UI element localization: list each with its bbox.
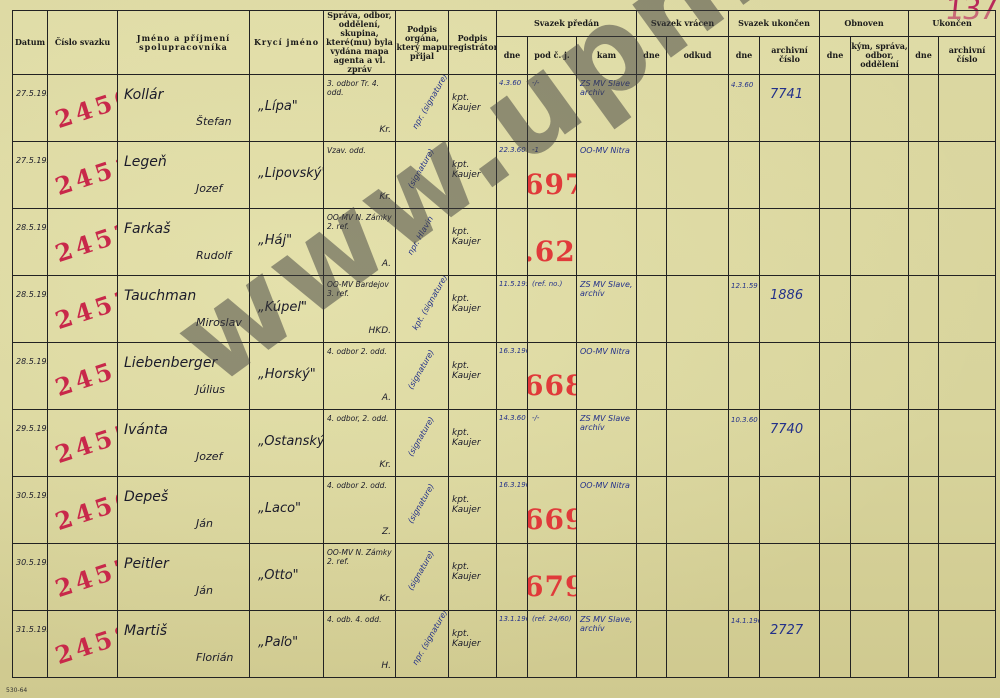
surname: Peitler <box>124 556 169 572</box>
cell-predan-kam <box>577 209 637 276</box>
cell-obnoven-kym <box>851 544 909 611</box>
cell-kryci-jmeno: „Ostanský" <box>250 410 324 477</box>
header-podpis-registratora: Podpis registrátora <box>449 11 497 75</box>
cell-kryci-jmeno: „Lípa" <box>250 75 324 142</box>
cell-obnoven-kym <box>851 142 909 209</box>
cell-vracen-odkud <box>667 611 729 678</box>
cell-jmeno: Tauchman Miroslav <box>118 276 250 343</box>
cell-ukoncen-dne <box>729 477 760 544</box>
archive-number: 1886 <box>770 288 803 303</box>
header-cislo-svazku: Číslo svazku <box>48 11 118 75</box>
handed-ref: -/- <box>532 79 539 87</box>
first-name: Ján <box>196 584 213 597</box>
department-initials: A. <box>382 259 391 269</box>
handed-to: ZS MV Slave, archív <box>580 615 636 633</box>
volume-number: 2455 <box>52 416 118 469</box>
department-initials: A. <box>382 393 391 403</box>
registrar-signature: kpt. Kaujer <box>452 294 496 314</box>
header-sprava: Správa, odbor, oddělení, skupina, které(… <box>324 11 396 75</box>
cell-predan-kam: OO-MV Nitra <box>577 343 637 410</box>
first-name: Ján <box>196 517 213 530</box>
header-ukoncen-archivni: archivní číslo <box>760 36 820 74</box>
cell-podpis-registratora: kpt. Kaujer <box>449 75 497 142</box>
handed-date: 4.3.60 <box>499 79 528 87</box>
cell-podpis-organu: (signature) <box>396 343 449 410</box>
cell-obnoven-dne <box>820 276 851 343</box>
organ-signature: (signature) <box>406 549 436 592</box>
department-initials: H. <box>381 661 391 671</box>
volume-number: 2458 <box>52 617 118 670</box>
header-predan-dne: dne <box>497 36 528 74</box>
cell-ukoncen-archivni <box>760 142 820 209</box>
handed-ref: (ref. no.) <box>532 280 562 288</box>
volume-number: 2450 <box>52 81 118 134</box>
cell-ukoncen2-dne <box>909 75 939 142</box>
cell-vracen-dne <box>637 343 667 410</box>
handed-date: 16.3.1960 <box>499 347 528 355</box>
cell-predan-dne: 16.3.1960 <box>497 477 528 544</box>
registry-ledger-table: Datum Číslo svazku Jméno a příjmení spol… <box>12 10 996 678</box>
cell-kryci-jmeno: „Otto" <box>250 544 324 611</box>
cell-vracen-dne <box>637 477 667 544</box>
date-text: 30.5.1957 <box>16 558 48 567</box>
cell-kryci-jmeno: „Háj" <box>250 209 324 276</box>
first-name: Jozef <box>196 182 222 195</box>
cell-sprava: OO-MV N. Zámky 2. ref. A. <box>324 209 396 276</box>
checkmark-icon: ✓ <box>13 108 17 129</box>
header-ukoncen2-archivni: archivní číslo <box>939 36 996 74</box>
cell-ukoncen-dne <box>729 142 760 209</box>
cell-podpis-organu: (signature) <box>396 544 449 611</box>
cell-predan-kam: OO-MV Nitra <box>577 142 637 209</box>
cell-sprava: 4. odbor 2. odd. A. <box>324 343 396 410</box>
cell-ukoncen-dne <box>729 544 760 611</box>
volume-number: 2452 <box>52 215 118 268</box>
cell-ukoncen2-dne <box>909 343 939 410</box>
organ-signature: (signature) <box>406 415 436 458</box>
department-text: 3. odbor Tr. 4. odd. <box>327 79 395 97</box>
cell-podpis-registratora: kpt. Kaujer <box>449 611 497 678</box>
header-kryci-jmeno: Krycí jméno <box>250 11 324 75</box>
organ-signature: npr. (signature) <box>411 611 449 667</box>
handed-to: OO-MV Nitra <box>580 481 636 490</box>
checkmark-icon: ✓ <box>13 242 17 263</box>
cell-vracen-odkud <box>667 477 729 544</box>
header-vracen-dne: dne <box>637 36 667 74</box>
cover-name: „Paľo" <box>258 635 298 650</box>
cell-kryci-jmeno: „Laco" <box>250 477 324 544</box>
cell-datum: ✓ 31.5.1957 <box>13 611 48 678</box>
form-code: 530-64 <box>6 687 27 694</box>
ledger-row: ✓ 27.5.1957 2451 Legeň Jozef „Lipovský" … <box>13 142 996 209</box>
cell-jmeno: Liebenberger Július <box>118 343 250 410</box>
cell-sprava: 4. odbor 2. odd. Z. <box>324 477 396 544</box>
cell-vracen-odkud <box>667 75 729 142</box>
cell-cislo-svazku: 2457 <box>48 544 118 611</box>
cell-podpis-registratora: kpt. Kaujer <box>449 477 497 544</box>
date-text: 28.5.1957 <box>16 290 48 299</box>
cover-name: „Kúpeľ" <box>258 300 307 315</box>
cell-predan-dne: 13.1.1960 <box>497 611 528 678</box>
cell-ukoncen-dne <box>729 209 760 276</box>
cell-vracen-odkud <box>667 544 729 611</box>
cell-ukoncen-archivni: 2727 <box>760 611 820 678</box>
cell-ukoncen2-dne <box>909 209 939 276</box>
cell-podpis-organu: kpt. (signature) <box>396 276 449 343</box>
cell-predan-cj: -/- <box>528 75 577 142</box>
closed-date: 10.3.60 <box>731 416 758 424</box>
cell-predan-kam: ZS MV Slave archív <box>577 410 637 477</box>
organ-signature: npr. (signature) <box>411 75 449 131</box>
header-obnoven: Obnoven <box>820 11 909 37</box>
cell-sprava: 4. odb. 4. odd. H. <box>324 611 396 678</box>
checkmark-icon: ✓ <box>13 577 17 598</box>
registrar-signature: kpt. Kaujer <box>452 160 496 180</box>
closed-date: 14.1.1960 <box>731 617 760 625</box>
department-initials: Kr. <box>379 594 391 604</box>
department-text: 4. odbor, 2. odd. <box>327 414 395 423</box>
cell-kryci-jmeno: „Kúpeľ" <box>250 276 324 343</box>
handed-ref: -/- <box>532 414 539 422</box>
handed-date: 14.3.60 <box>499 414 528 422</box>
handed-ref: (ref. 24/60) <box>532 615 572 623</box>
cell-sprava: 4. odbor, 2. odd. Kr. <box>324 410 396 477</box>
volume-number: 2457 <box>52 550 118 603</box>
cell-obnoven-dne <box>820 142 851 209</box>
cell-ukoncen2-dne <box>909 611 939 678</box>
ledger-page: 137 Datum Číslo svazku Jméno a příjmení … <box>0 0 1000 698</box>
cell-predan-dne <box>497 544 528 611</box>
header-obnoven-dne: dne <box>820 36 851 74</box>
cell-podpis-registratora: kpt. Kaujer <box>449 410 497 477</box>
registrar-signature: kpt. Kaujer <box>452 361 496 381</box>
first-name: Rudolf <box>196 249 231 262</box>
ledger-row: ✓ 28.5.1957 2454 Liebenberger Július „Ho… <box>13 343 996 410</box>
date-text: 27.5.1957 <box>16 156 48 165</box>
cell-datum: ✓ 29.5.1957 <box>13 410 48 477</box>
organ-signature: (signature) <box>406 482 436 525</box>
cell-ukoncen-archivni <box>760 343 820 410</box>
cell-ukoncen2-dne <box>909 477 939 544</box>
cell-cislo-svazku: 2451 <box>48 142 118 209</box>
department-text: Vzav. odd. <box>327 146 395 155</box>
volume-number: 2456 <box>52 483 118 536</box>
cell-ukoncen-archivni <box>760 544 820 611</box>
cell-vracen-dne <box>637 142 667 209</box>
cover-name: „Horský" <box>258 367 316 382</box>
cover-name: „Lipovský" <box>258 166 324 181</box>
first-name: Július <box>196 383 225 396</box>
cell-podpis-registratora: kpt. Kaujer <box>449 276 497 343</box>
archive-number: 7741 <box>770 87 803 102</box>
department-text: 4. odbor 2. odd. <box>327 347 395 356</box>
checkmark-icon: ✓ <box>13 644 17 665</box>
registrar-signature: kpt. Kaujer <box>452 93 496 113</box>
cell-vracen-dne <box>637 611 667 678</box>
cover-name: „Lípa" <box>258 99 298 114</box>
cell-obnoven-kym <box>851 276 909 343</box>
first-name: Štefan <box>196 115 232 128</box>
header-jmeno: Jméno a příjmení spolupracovníka <box>118 11 250 75</box>
handed-ref: -1 <box>532 146 539 154</box>
header-datum: Datum <box>13 11 48 75</box>
cell-obnoven-kym <box>851 611 909 678</box>
cell-ukoncen-dne: 12.1.59 <box>729 276 760 343</box>
handed-to: ZS MV Slave archiv <box>580 79 636 97</box>
registrar-signature: kpt. Kaujer <box>452 227 496 247</box>
closed-date: 12.1.59 <box>731 282 758 290</box>
cell-predan-dne: 11.5.1959 <box>497 276 528 343</box>
date-text: 28.5.1957 <box>16 223 48 232</box>
cell-predan-dne: 16.3.1960 <box>497 343 528 410</box>
cell-podpis-registratora: kpt. Kaujer <box>449 142 497 209</box>
registrar-signature: kpt. Kaujer <box>452 562 496 582</box>
cell-kryci-jmeno: „Paľo" <box>250 611 324 678</box>
handed-date: 16.3.1960 <box>499 481 528 489</box>
cell-predan-kam <box>577 544 637 611</box>
handed-to: OO-MV Nitra <box>580 347 636 356</box>
cell-jmeno: Ivánta Jozef <box>118 410 250 477</box>
ledger-row: ✓ 30.5.1957 2456 Depeš Ján „Laco" 4. odb… <box>13 477 996 544</box>
department-initials: Kr. <box>379 460 391 470</box>
cell-predan-cj: 6690*- <box>528 477 577 544</box>
cell-jmeno: Martiš Florián <box>118 611 250 678</box>
cell-predan-dne: 14.3.60 <box>497 410 528 477</box>
ledger-row: ✓ 28.5.1957 2452 Farkaš Rudolf „Háj" OO-… <box>13 209 996 276</box>
cell-sprava: OO-MV Bardejov 3. ref. HKD. <box>324 276 396 343</box>
ledger-row: ✓ 31.5.1957 2458 Martiš Florián „Paľo" 4… <box>13 611 996 678</box>
surname: Farkaš <box>124 221 170 237</box>
cell-obnoven-dne <box>820 611 851 678</box>
department-initials: Kr. <box>379 192 391 202</box>
cell-vracen-odkud <box>667 410 729 477</box>
cell-vracen-odkud <box>667 343 729 410</box>
cell-predan-cj: 6684*- <box>528 343 577 410</box>
cover-name: „Otto" <box>258 568 299 583</box>
cell-ukoncen-archivni: 7740 <box>760 410 820 477</box>
cell-predan-dne: 4.3.60 <box>497 75 528 142</box>
cell-ukoncen2-archivni <box>939 142 996 209</box>
cell-predan-kam: ZS MV Slave, archív <box>577 611 637 678</box>
cell-vracen-dne <box>637 410 667 477</box>
cell-jmeno: Farkaš Rudolf <box>118 209 250 276</box>
date-text: 29.5.1957 <box>16 424 48 433</box>
first-name: Miroslav <box>196 316 242 329</box>
cell-cislo-svazku: 2454 <box>48 343 118 410</box>
ledger-row: ✓ 29.5.1957 2455 Ivánta Jozef „Ostanský"… <box>13 410 996 477</box>
cell-obnoven-dne <box>820 209 851 276</box>
cell-kryci-jmeno: „Lipovský" <box>250 142 324 209</box>
cell-sprava: 3. odbor Tr. 4. odd. Kr. <box>324 75 396 142</box>
date-text: 31.5.1957 <box>16 625 48 634</box>
cell-kryci-jmeno: „Horský" <box>250 343 324 410</box>
cell-ukoncen2-archivni <box>939 477 996 544</box>
department-text: OO-MV N. Zámky 2. ref. <box>327 213 395 231</box>
organ-signature: (signature) <box>406 348 436 391</box>
cell-ukoncen2-archivni <box>939 75 996 142</box>
cell-ukoncen2-archivni <box>939 276 996 343</box>
header-podpis-organu: Podpis orgána, který mapu přijal <box>396 11 449 75</box>
surname: Martiš <box>124 623 167 639</box>
department-text: 4. odbor 2. odd. <box>327 481 395 490</box>
cell-ukoncen2-archivni <box>939 611 996 678</box>
red-stamp-number: 6796 <box>528 570 577 603</box>
cell-obnoven-dne <box>820 477 851 544</box>
registrar-signature: kpt. Kaujer <box>452 495 496 515</box>
cell-vracen-odkud <box>667 209 729 276</box>
department-text: OO-MV N. Zámky 2. ref. <box>327 548 395 566</box>
cell-predan-cj: (ref. 24/60) <box>528 611 577 678</box>
cell-cislo-svazku: 2450 <box>48 75 118 142</box>
first-name: Florián <box>196 651 233 664</box>
header-predan-kam: kam <box>577 36 637 74</box>
cell-cislo-svazku: 2456 <box>48 477 118 544</box>
handed-to: ZS MV Slave archív <box>580 414 636 432</box>
handed-date: 22.3.60 <box>499 146 528 154</box>
cell-obnoven-dne <box>820 75 851 142</box>
archive-number: 7740 <box>770 422 803 437</box>
volume-number: 2454 <box>52 349 118 402</box>
red-stamp-number: 6690*- <box>528 503 577 536</box>
header-obnoven-kym: kým, správa, odbor, oddělení <box>851 36 909 74</box>
cell-podpis-organu: (signature) <box>396 477 449 544</box>
cell-ukoncen-archivni: 1886 <box>760 276 820 343</box>
header-ukoncen: Ukončen <box>909 11 996 37</box>
cell-ukoncen-dne: 10.3.60 <box>729 410 760 477</box>
cell-podpis-organu: (signature) <box>396 410 449 477</box>
cell-datum: ✓ 27.5.1957 <box>13 142 48 209</box>
cell-datum: ✓ 30.5.1957 <box>13 544 48 611</box>
cell-ukoncen-dne <box>729 343 760 410</box>
header-svazek-vracen: Svazek vrácen <box>637 11 729 37</box>
date-text: 30.5.1957 <box>16 491 48 500</box>
handed-date: 11.5.1959 <box>499 280 528 288</box>
cell-cislo-svazku: 2452 <box>48 209 118 276</box>
checkmark-icon: ✓ <box>13 376 17 397</box>
cell-obnoven-dne <box>820 410 851 477</box>
cell-predan-dne: 22.3.60 <box>497 142 528 209</box>
cell-obnoven-kym <box>851 477 909 544</box>
cell-vracen-odkud <box>667 142 729 209</box>
cell-ukoncen2-archivni <box>939 209 996 276</box>
cell-vracen-dne <box>637 544 667 611</box>
surname: Kollár <box>124 87 163 103</box>
cell-ukoncen2-archivni <box>939 544 996 611</box>
cell-ukoncen2-dne <box>909 276 939 343</box>
cell-datum: ✓ 27.5.1957 <box>13 75 48 142</box>
handed-to: OO-MV Nitra <box>580 146 636 155</box>
registrar-signature: kpt. Kaujer <box>452 428 496 448</box>
cell-vracen-odkud <box>667 276 729 343</box>
surname: Depeš <box>124 489 168 505</box>
cell-ukoncen2-dne <box>909 544 939 611</box>
volume-number: 2451 <box>52 148 118 201</box>
cell-obnoven-kym <box>851 343 909 410</box>
closed-date: 4.3.60 <box>731 81 753 89</box>
cell-vracen-dne <box>637 209 667 276</box>
ledger-row: ✓ 28.5.1957 2453 Tauchman Miroslav „Kúpe… <box>13 276 996 343</box>
cell-vracen-dne <box>637 276 667 343</box>
header-ukoncen-dne: dne <box>729 36 760 74</box>
cell-ukoncen-archivni <box>760 477 820 544</box>
cell-predan-cj: -/- <box>528 410 577 477</box>
cover-name: „Laco" <box>258 501 301 516</box>
cell-datum: ✓ 30.5.1957 <box>13 477 48 544</box>
cell-predan-cj: 6796 <box>528 544 577 611</box>
organ-signature: npr. Hlavin <box>406 215 435 257</box>
cell-obnoven-dne <box>820 343 851 410</box>
checkmark-icon: ✓ <box>13 309 17 330</box>
cell-jmeno: Kollár Štefan <box>118 75 250 142</box>
cell-predan-cj: -1 6973 <box>528 142 577 209</box>
cell-datum: ✓ 28.5.1957 <box>13 343 48 410</box>
organ-signature: (signature) <box>406 147 436 190</box>
cell-obnoven-dne <box>820 544 851 611</box>
cell-cislo-svazku: 2453 <box>48 276 118 343</box>
cell-podpis-registratora: kpt. Kaujer <box>449 544 497 611</box>
cell-podpis-registratora: kpt. Kaujer <box>449 343 497 410</box>
cell-ukoncen2-dne <box>909 142 939 209</box>
cell-jmeno: Depeš Ján <box>118 477 250 544</box>
checkmark-icon: ✓ <box>13 510 17 531</box>
department-text: OO-MV Bardejov 3. ref. <box>327 280 395 298</box>
cell-jmeno: Legeň Jozef <box>118 142 250 209</box>
header-predan-pod-cj: pod č. j. <box>528 36 577 74</box>
cell-ukoncen-dne: 4.3.60 <box>729 75 760 142</box>
cell-ukoncen-archivni <box>760 209 820 276</box>
ledger-row: ✓ 27.5.1957 2450 Kollár Štefan „Lípa" 3.… <box>13 75 996 142</box>
cell-obnoven-kym <box>851 410 909 477</box>
volume-number: 2453 <box>52 282 118 335</box>
cell-sprava: Vzav. odd. Kr. <box>324 142 396 209</box>
department-initials: HKD. <box>369 326 391 336</box>
cell-jmeno: Peitler Ján <box>118 544 250 611</box>
cover-name: „Háj" <box>258 233 292 248</box>
ledger-row: ✓ 30.5.1957 2457 Peitler Ján „Otto" OO-M… <box>13 544 996 611</box>
organ-signature: kpt. (signature) <box>411 276 449 332</box>
surname: Liebenberger <box>124 355 217 371</box>
handed-to: ZS MV Slave, archív <box>580 280 636 298</box>
cell-predan-kam: ZS MV Slave, archív <box>577 276 637 343</box>
cover-name: „Ostanský" <box>258 434 324 449</box>
red-stamp-number: 6684*- <box>528 369 577 402</box>
department-text: 4. odb. 4. odd. <box>327 615 395 624</box>
red-stamp-number: .6214 <box>528 235 577 268</box>
cell-podpis-registratora: kpt. Kaujer <box>449 209 497 276</box>
date-text: 28.5.1957 <box>16 357 48 366</box>
handed-date: 13.1.1960 <box>499 615 528 623</box>
checkmark-icon: ✓ <box>13 443 17 464</box>
cell-ukoncen2-archivni <box>939 343 996 410</box>
registrar-signature: kpt. Kaujer <box>452 629 496 649</box>
header-vracen-odkud: odkud <box>667 36 729 74</box>
cell-ukoncen2-dne <box>909 410 939 477</box>
cell-obnoven-kym <box>851 209 909 276</box>
red-stamp-number: 6973 <box>528 168 577 201</box>
cell-vracen-dne <box>637 75 667 142</box>
surname: Tauchman <box>124 288 196 304</box>
cell-sprava: OO-MV N. Zámky 2. ref. Kr. <box>324 544 396 611</box>
surname: Ivánta <box>124 422 168 438</box>
department-initials: Kr. <box>379 125 391 135</box>
surname: Legeň <box>124 154 167 170</box>
cell-predan-kam: ZS MV Slave archiv <box>577 75 637 142</box>
cell-predan-dne <box>497 209 528 276</box>
cell-predan-kam: OO-MV Nitra <box>577 477 637 544</box>
cell-podpis-organu: npr. (signature) <box>396 611 449 678</box>
header-svazek-ukoncen: Svazek ukončen <box>729 11 820 37</box>
cell-datum: ✓ 28.5.1957 <box>13 276 48 343</box>
